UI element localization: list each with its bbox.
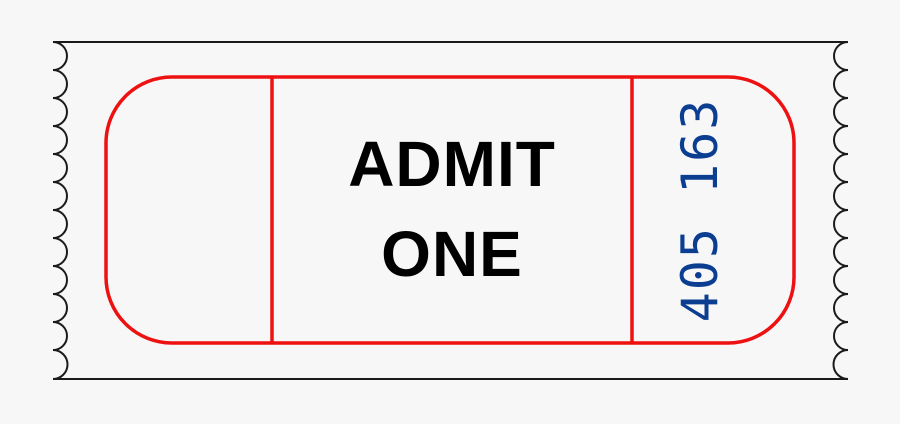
one-text: ONE <box>272 222 632 286</box>
right-scalloped-edge <box>834 42 849 379</box>
admit-text: ADMIT <box>272 132 632 196</box>
left-scalloped-edge <box>53 42 68 379</box>
ticket-outline <box>0 0 900 424</box>
serial-number: 405 163 <box>671 98 729 323</box>
